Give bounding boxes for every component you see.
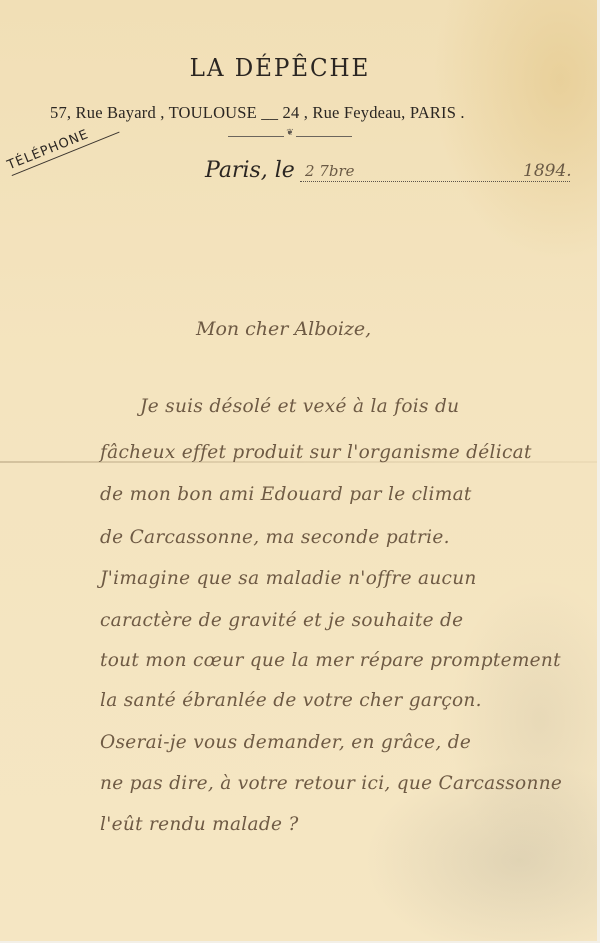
letter-line: de Carcassonne, ma seconde patrie. <box>100 527 450 548</box>
telephone-stamp: TÉLÉPHONE <box>5 116 119 176</box>
letter-line: Oserai-je vous demander, en grâce, de <box>100 732 471 753</box>
fleuron-icon: ❦ <box>285 128 295 138</box>
divider-line-right <box>296 136 352 137</box>
letter-line: Je suis désolé et vexé à la fois du <box>140 396 459 417</box>
letter-line: l'eût rendu malade ? <box>100 814 299 835</box>
letter-line: caractère de gravité et je souhaite de <box>100 610 463 631</box>
dateline: Paris, le 2 7bre 1894. <box>205 158 575 194</box>
divider-line-left <box>228 136 284 137</box>
letter-line: de mon bon ami Edouard par le climat <box>100 484 472 505</box>
letter-line: ne pas dire, à votre retour ici, que Car… <box>100 773 562 794</box>
date-year: 1894. <box>523 161 572 181</box>
date-day-month: 2 7bre <box>305 162 355 180</box>
letterhead-divider: ❦ <box>228 133 352 141</box>
letter-line: fâcheux effet produit sur l'organisme dé… <box>100 442 532 463</box>
date-rule <box>300 181 570 182</box>
letter-line: tout mon cœur que la mer répare promptem… <box>100 650 561 671</box>
letterhead-title: LA DÉPÊCHE <box>11 54 549 82</box>
salutation: Mon cher Alboize, <box>196 318 371 340</box>
letter-line: la santé ébranlée de votre cher garçon. <box>100 690 482 711</box>
date-prefix: Paris, le <box>205 158 295 183</box>
letter-page: LA DÉPÊCHE 57, Rue Bayard , TOULOUSE __ … <box>0 0 597 941</box>
letter-line: J'imagine que sa maladie n'offre aucun <box>100 568 477 589</box>
